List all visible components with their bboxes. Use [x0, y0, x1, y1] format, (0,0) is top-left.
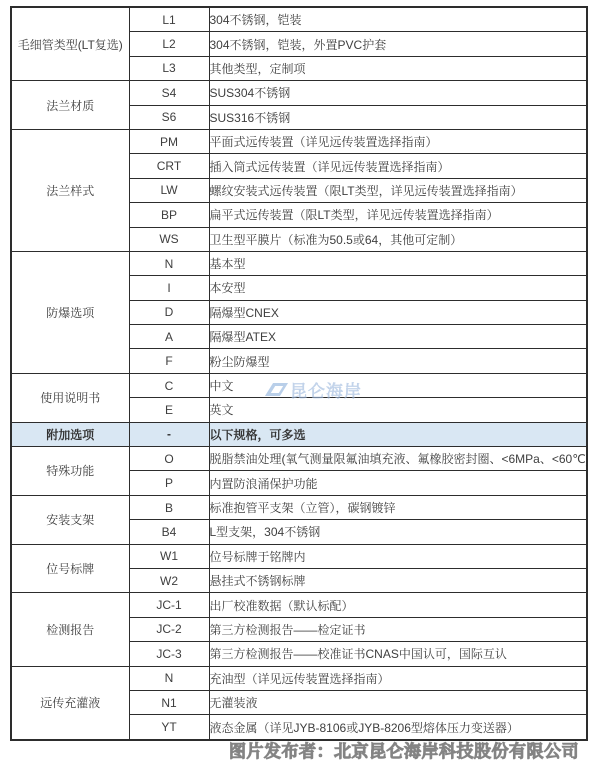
table-row: 检测报告JC-1出厂校准数据（默认标配） — [11, 593, 587, 617]
desc-cell: L型支架，304不锈钢 — [209, 520, 587, 544]
desc-cell: 卫生型平膜片（标准为50.5或64，其他可定制） — [209, 227, 587, 251]
code-cell: D — [129, 300, 209, 324]
code-cell: LW — [129, 178, 209, 202]
table-row: 防爆选项N基本型 — [11, 251, 587, 275]
table-row: 特殊功能O脱脂禁油处理(氧气测量限氟油填充液、氟橡胶密封圈、<6MPa、<60℃… — [11, 447, 587, 471]
code-cell: JC-3 — [129, 642, 209, 666]
code-cell: CRT — [129, 154, 209, 178]
code-cell: WS — [129, 227, 209, 251]
desc-cell: 脱脂禁油处理(氧气测量限氟油填充液、氟橡胶密封圈、<6MPa、<60℃) — [209, 447, 587, 471]
code-cell: W1 — [129, 544, 209, 568]
group-label-cell: 检测报告 — [11, 593, 129, 666]
desc-cell: 出厂校准数据（默认标配） — [209, 593, 587, 617]
group-label-cell: 远传充灌液 — [11, 666, 129, 740]
code-cell: L3 — [129, 56, 209, 80]
code-cell: L2 — [129, 32, 209, 56]
desc-cell: SUS316不锈钢 — [209, 105, 587, 129]
table-row: 安装支架B标准抱管平支架（立管），碳钢镀锌 — [11, 495, 587, 519]
code-cell: O — [129, 447, 209, 471]
table-row: 位号标牌W1位号标牌于铭牌内 — [11, 544, 587, 568]
code-cell: N1 — [129, 690, 209, 714]
group-label-cell: 特殊功能 — [11, 447, 129, 496]
code-cell: B4 — [129, 520, 209, 544]
group-label-cell: 附加选项 — [11, 422, 129, 446]
code-cell: N — [129, 666, 209, 690]
code-cell: F — [129, 349, 209, 373]
desc-cell: 内置防浪涌保护功能 — [209, 471, 587, 495]
desc-cell: 英文 — [209, 398, 587, 422]
group-label-cell: 法兰样式 — [11, 129, 129, 251]
code-cell: L1 — [129, 7, 209, 32]
desc-cell: 充油型（详见远传装置选择指南） — [209, 666, 587, 690]
group-label-cell: 法兰材质 — [11, 81, 129, 130]
desc-cell: 液态金属（详见JYB-8106或JYB-8206型熔体压力变送器） — [209, 715, 587, 740]
desc-cell: 平面式远传装置（详见远传装置选择指南） — [209, 129, 587, 153]
code-cell: B — [129, 495, 209, 519]
desc-cell: 插入筒式远传装置（详见远传装置选择指南） — [209, 154, 587, 178]
desc-cell: SUS304不锈钢 — [209, 81, 587, 105]
desc-cell: 第三方检测报告——校准证书CNAS中国认可，国际互认 — [209, 642, 587, 666]
table-row: 法兰材质S4SUS304不锈钢 — [11, 81, 587, 105]
desc-cell: 中文 — [209, 373, 587, 397]
desc-cell: 隔爆型ATEX — [209, 325, 587, 349]
code-cell: I — [129, 276, 209, 300]
group-label-cell: 安装支架 — [11, 495, 129, 544]
desc-cell: 悬挂式不锈钢标牌 — [209, 568, 587, 592]
desc-cell: 位号标牌于铭牌内 — [209, 544, 587, 568]
desc-cell: 粉尘防爆型 — [209, 349, 587, 373]
table-row: 附加选项-以下规格，可多选 — [11, 422, 587, 446]
desc-cell: 无灌装液 — [209, 690, 587, 714]
table-row: 远传充灌液N充油型（详见远传装置选择指南） — [11, 666, 587, 690]
code-cell: JC-2 — [129, 617, 209, 641]
desc-cell: 以下规格，可多选 — [209, 422, 587, 446]
desc-cell: 螺纹安装式远传装置（限LT类型，详见远传装置选择指南） — [209, 178, 587, 202]
desc-cell: 标准抱管平支架（立管），碳钢镀锌 — [209, 495, 587, 519]
group-label-cell: 防爆选项 — [11, 251, 129, 373]
desc-cell: 基本型 — [209, 251, 587, 275]
desc-cell: 304不锈钢，铠装，外置PVC护套 — [209, 32, 587, 56]
desc-cell: 第三方检测报告——检定证书 — [209, 617, 587, 641]
table-row: 法兰样式PM平面式远传装置（详见远传装置选择指南） — [11, 129, 587, 153]
table-row: 毛细管类型(LT复选)L1304不锈钢，铠装 — [11, 7, 587, 32]
publisher-watermark: 图片发布者：北京昆仑海岸科技股份有限公司 — [229, 737, 579, 762]
code-cell: S6 — [129, 105, 209, 129]
code-cell: E — [129, 398, 209, 422]
spec-table-body: 毛细管类型(LT复选)L1304不锈钢，铠装L2304不锈钢，铠装，外置PVC护… — [11, 7, 587, 740]
code-cell: S4 — [129, 81, 209, 105]
desc-cell: 304不锈钢，铠装 — [209, 7, 587, 32]
code-cell: N — [129, 251, 209, 275]
code-cell: JC-1 — [129, 593, 209, 617]
group-label-cell: 位号标牌 — [11, 544, 129, 593]
desc-cell: 本安型 — [209, 276, 587, 300]
spec-table: 毛细管类型(LT复选)L1304不锈钢，铠装L2304不锈钢，铠装，外置PVC护… — [10, 6, 588, 741]
code-cell: A — [129, 325, 209, 349]
code-cell: C — [129, 373, 209, 397]
code-cell: - — [129, 422, 209, 446]
desc-cell: 隔爆型CNEX — [209, 300, 587, 324]
desc-cell: 其他类型，定制项 — [209, 56, 587, 80]
code-cell: YT — [129, 715, 209, 740]
code-cell: P — [129, 471, 209, 495]
table-row: 使用说明书C中文 — [11, 373, 587, 397]
desc-cell: 扁平式远传装置（限LT类型，详见远传装置选择指南） — [209, 203, 587, 227]
group-label-cell: 使用说明书 — [11, 373, 129, 422]
code-cell: BP — [129, 203, 209, 227]
code-cell: W2 — [129, 568, 209, 592]
page: 毛细管类型(LT复选)L1304不锈钢，铠装L2304不锈钢，铠装，外置PVC护… — [0, 0, 600, 764]
group-label-cell: 毛细管类型(LT复选) — [11, 7, 129, 81]
code-cell: PM — [129, 129, 209, 153]
